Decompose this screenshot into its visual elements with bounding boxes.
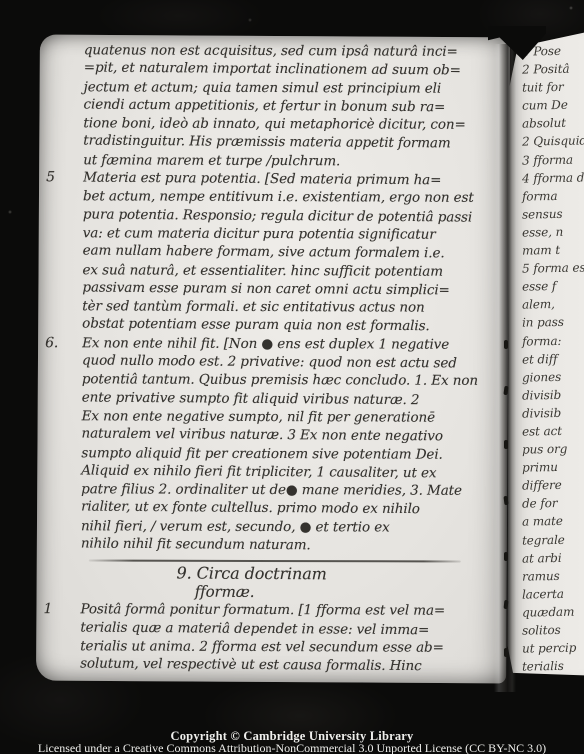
binding-mark xyxy=(504,440,508,449)
line-text: rialiter, ut ex fonte cultellus. primo m… xyxy=(81,499,420,518)
facing-page-text-fragment: est act xyxy=(522,421,584,440)
manuscript-line: nihilo nihil fit secundum naturam. xyxy=(81,534,479,555)
facing-page-text-fragment: terialis xyxy=(522,657,584,676)
facing-page-text-fragment: 2 Quisquid xyxy=(522,132,584,151)
facing-page-text-fragment: ramus xyxy=(522,566,584,585)
facing-page-text-fragment: giones xyxy=(522,367,584,386)
line-text: tradistinguitur. His præmissis materia a… xyxy=(83,133,450,152)
manuscript-line: ut fæmina marem et turpe ∕pulchrum. xyxy=(83,151,481,171)
facing-page-text-fragment: esse f xyxy=(522,277,584,296)
manuscript-line: tradistinguitur. His præmissis materia a… xyxy=(83,132,481,153)
line-text: patre filius 2. ordinaliter ut de● mane … xyxy=(81,481,462,499)
facing-page-text-fragment: differe xyxy=(522,476,584,495)
facing-page-text-fragment: lacerta xyxy=(522,584,584,603)
line-text: =pit, et naturalem importat inclinatione… xyxy=(84,60,461,79)
line-text: obstat potentiam esse puram quia non est… xyxy=(82,316,430,335)
line-text: solutum, vel respectivè ut est causa for… xyxy=(80,656,422,675)
facing-page-text-fragment: ut percip xyxy=(522,638,584,657)
line-text: jectum et actum; quia tamen simul est pr… xyxy=(84,79,441,96)
line-text: ex suâ naturâ, et essentialiter. hinc su… xyxy=(83,262,443,279)
facing-page-text-fragment: de for xyxy=(522,494,584,513)
manuscript-line: =pit, et naturalem importat inclinatione… xyxy=(84,59,482,80)
manuscript-line: eam nullam habere formam, sive actum for… xyxy=(83,242,481,263)
manuscript-page: quatenus non est acquisitus, sed cum ips… xyxy=(36,35,510,684)
line-text: pura potentia. Responsio; regula dicitur… xyxy=(83,206,472,225)
facing-page-text-fragment: sensus xyxy=(522,204,584,223)
line-text: nihilo nihil fit secundum naturam. xyxy=(81,535,311,553)
line-text: bet actum, nempe entitivum i.e. existent… xyxy=(83,189,474,207)
manuscript-lines: quatenus non est acquisitus, sed cum ips… xyxy=(81,41,482,556)
license-line: Licensed under a Creative Commons Attrib… xyxy=(0,742,584,754)
image-caption: Copyright © Cambridge University Library… xyxy=(0,730,584,754)
facing-page-text-fragment: in pass xyxy=(522,313,584,332)
section-heading: 9. Circa doctrinam xyxy=(81,563,479,584)
manuscript-line: terialis quæ a materiâ dependet in esse:… xyxy=(80,618,478,639)
manuscript-photograph: quatenus non est acquisitus, sed cum ips… xyxy=(0,0,584,754)
binding-mark xyxy=(504,552,508,561)
margin-number: 1 xyxy=(43,600,52,618)
facing-page-text-fragment: 4 fforma da xyxy=(522,168,584,187)
line-text: quatenus non est acquisitus, sed cum ips… xyxy=(84,42,458,60)
manuscript-line: potentiâ tantum. Quibus premisis hæc con… xyxy=(82,371,480,391)
section-divider-line xyxy=(89,560,461,563)
manuscript-text: quatenus non est acquisitus, sed cum ips… xyxy=(80,41,482,676)
line-text: ut fæmina marem et turpe ∕pulchrum. xyxy=(83,152,340,169)
line-text: ciendi actum appetitionis, et fertur in … xyxy=(83,96,445,115)
facing-page-text-fragment: quædam xyxy=(522,602,584,621)
line-text: terialis quæ a materiâ dependet in esse:… xyxy=(80,619,429,638)
facing-page-text-fragment: forma: xyxy=(522,331,584,350)
facing-page-edge: 1 Pose2 Positâtuit forcum Deabsolut2 Qui… xyxy=(506,30,584,678)
line-text: Ex non ente negative sumpto, nil fit per… xyxy=(82,408,435,425)
facing-page-text-fragment: pus org xyxy=(522,439,584,458)
margin-number: 6. xyxy=(45,334,58,352)
facing-page-text-fragment: divisib xyxy=(522,403,584,422)
line-text: eam nullam habere formam, sive actum for… xyxy=(83,243,445,262)
facing-page-text-fragment: alem, xyxy=(522,295,584,314)
facing-page-text-fragment: primu xyxy=(522,458,584,477)
line-text: naturalem vel viribus naturæ. 3 Ex non e… xyxy=(81,426,442,445)
binding-mark xyxy=(504,340,508,349)
binding-mark xyxy=(504,600,509,609)
line-text: potentiâ tantum. Quibus premisis hæc con… xyxy=(82,372,478,390)
line-text: quod nullo modo est. 2 privative: quod n… xyxy=(82,353,457,372)
binding-mark xyxy=(503,496,508,505)
book-gutter-fold xyxy=(494,44,516,692)
binding-mark xyxy=(503,386,508,395)
facing-page-text-fragment: esse, n xyxy=(522,222,584,241)
facing-page-text-fragment: at arbi xyxy=(522,548,584,567)
facing-page-fragments: 1 Pose2 Positâtuit forcum Deabsolut2 Qui… xyxy=(522,42,584,675)
line-text: Positâ formâ ponitur formatum. [1 fforma… xyxy=(80,602,445,619)
facing-page-text-fragment: tegrale xyxy=(522,530,584,549)
manuscript-line: nihil fieri, ∕ verum est, secundo, ● et … xyxy=(81,517,479,537)
line-text: tione boni, ideò ab innato, qui metaphor… xyxy=(83,115,465,133)
facing-page-text-fragment: 5 forma es xyxy=(522,259,584,278)
binding-mark xyxy=(504,648,508,657)
manuscript-line: ex suâ naturâ, et essentialiter. hinc su… xyxy=(83,261,481,281)
manuscript-line: bet actum, nempe entitivum i.e. existent… xyxy=(83,188,481,208)
line-text: ente privative sumpto fit aliquid viribu… xyxy=(82,389,420,408)
line-text: Aliquid ex nihilo fieri fit tripliciter,… xyxy=(81,462,436,481)
line-text: Materia est pura potentia. [Sed materia … xyxy=(83,170,441,189)
manuscript-line: jectum et actum; quia tamen simul est pr… xyxy=(84,78,482,98)
manuscript-line: sumpto aliquid fit per creationem sive p… xyxy=(81,444,479,464)
manuscript-line: ente privative sumpto fit aliquid viribu… xyxy=(82,388,480,409)
line-text: va: et cum materia dicitur pura potentia… xyxy=(83,225,436,242)
manuscript-line: obstat potentiam esse puram quia non est… xyxy=(82,315,480,336)
line-text: tèr sed tantùm formali. et sic entitativ… xyxy=(82,298,424,315)
line-text: sumpto aliquid fit per creationem sive p… xyxy=(81,445,442,462)
facing-page-text-fragment: divisib xyxy=(522,385,584,404)
manuscript-line: rialiter, ut ex fonte cultellus. primo m… xyxy=(81,498,479,519)
section-lines: 1Positâ formâ ponitur formatum. [1 fform… xyxy=(80,600,478,676)
line-text: terialis ut anima. 2 fforma est vel secu… xyxy=(80,638,444,655)
facing-page-text-fragment: 3 fforma xyxy=(522,150,584,169)
facing-page-text-fragment: absolut xyxy=(522,114,584,133)
facing-page-text-fragment: mam t xyxy=(522,240,584,259)
margin-number: 5 xyxy=(46,168,55,186)
facing-page-text-fragment: forma xyxy=(522,186,584,205)
line-text: Ex non ente nihil fit. [Non ● ens est du… xyxy=(82,335,449,352)
line-text: passivam esse puram si non caret omni ac… xyxy=(82,279,449,298)
manuscript-line: 1Positâ formâ ponitur formatum. [1 fform… xyxy=(80,601,478,621)
manuscript-line: naturalem vel viribus naturæ. 3 Ex non e… xyxy=(81,425,479,446)
facing-page-text-fragment: 2 Positâ xyxy=(522,59,584,78)
facing-page-text-fragment: solitos xyxy=(522,620,584,639)
facing-page-text-fragment: tuit for xyxy=(522,78,584,97)
facing-page-text-fragment: a mate xyxy=(522,512,584,531)
line-text: nihil fieri, ∕ verum est, secundo, ● et … xyxy=(81,518,390,535)
facing-page-text-fragment: cum De xyxy=(522,96,584,115)
facing-page-text-fragment: et diff xyxy=(522,349,584,368)
manuscript-line: 6.Ex non ente nihil fit. [Non ● ens est … xyxy=(82,334,480,354)
manuscript-line: solutum, vel respectivè ut est causa for… xyxy=(80,655,478,676)
manuscript-line: pura potentia. Responsio; regula dicitur… xyxy=(83,205,481,226)
